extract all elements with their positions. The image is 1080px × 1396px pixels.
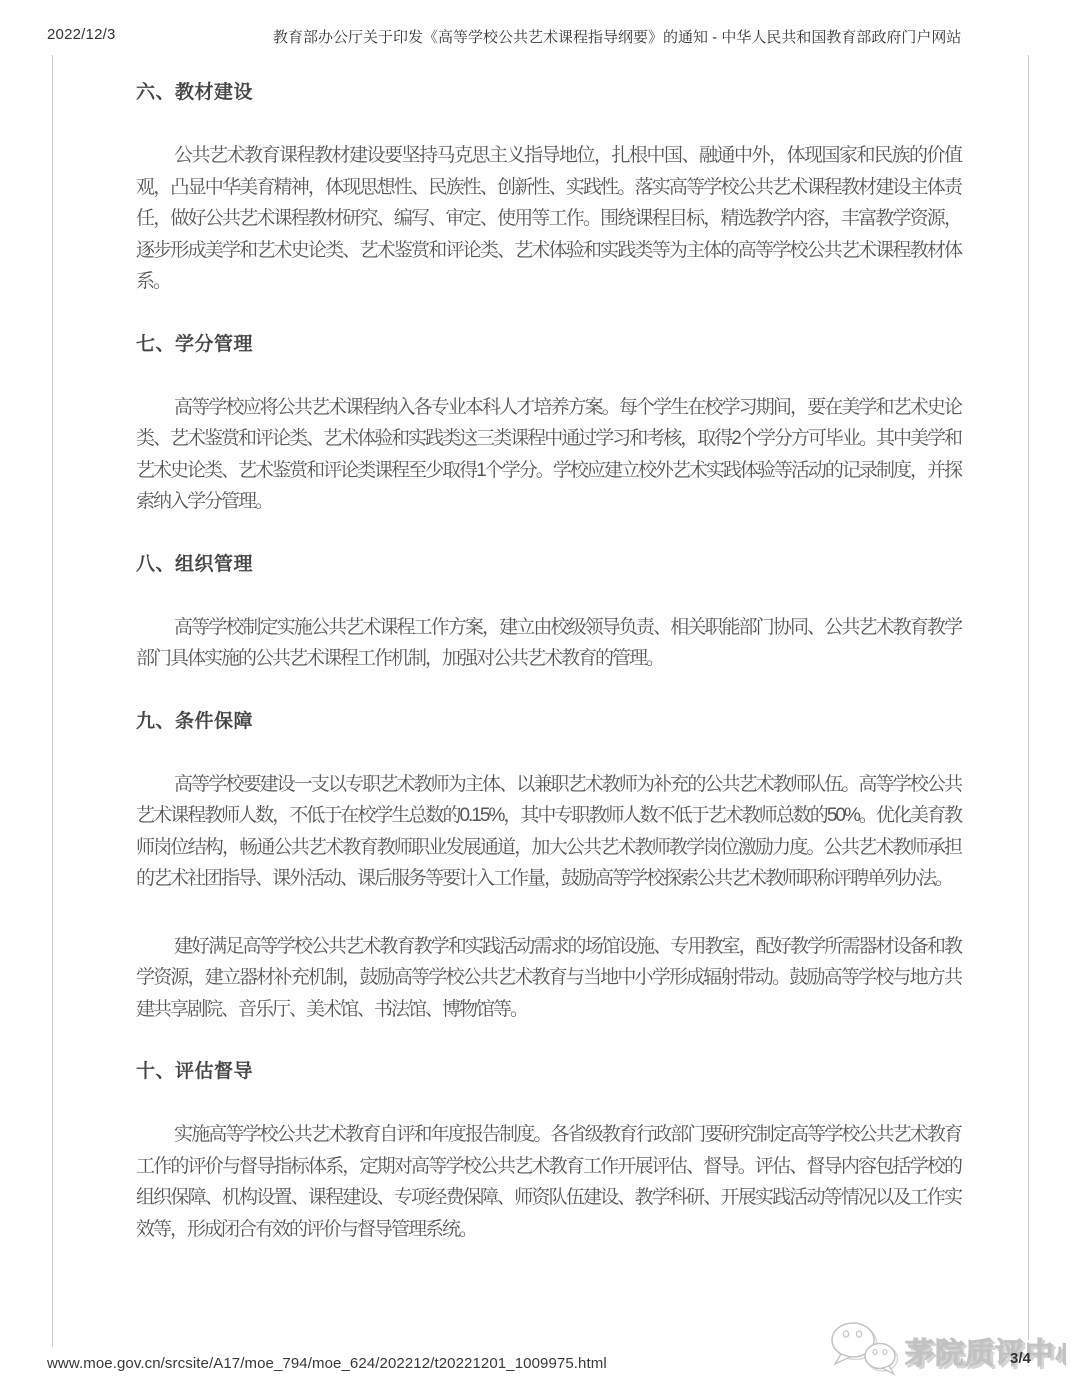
page-number: 3/4 <box>1010 1350 1031 1367</box>
paragraph: 公共艺术教育课程教材建设要坚持马克思主义指导地位，扎根中国、融通中外，体现国家和… <box>136 140 961 298</box>
document-section: 十、评估督导 实施高等学校公共艺术教育自评和年度报告制度。各省级教育行政部门要研… <box>136 1061 961 1245</box>
paragraph: 建好满足高等学校公共艺术教育教学和实践活动需求的场馆设施、专用教室，配好教学所需… <box>136 931 961 1026</box>
header-date: 2022/12/3 <box>47 26 116 43</box>
paragraph: 高等学校要建设一支以专职艺术教师为主体、以兼职艺术教师为补充的公共艺术教师队伍。… <box>136 769 961 895</box>
document-section: 六、教材建设 公共艺术教育课程教材建设要坚持马克思主义指导地位，扎根中国、融通中… <box>136 82 961 298</box>
section-heading: 七、学分管理 <box>136 334 961 356</box>
document-content: 六、教材建设 公共艺术教育课程教材建设要坚持马克思主义指导地位，扎根中国、融通中… <box>136 82 961 1281</box>
section-heading: 九、条件保障 <box>136 711 961 733</box>
document-section: 七、学分管理 高等学校应将公共艺术课程纳入各专业本科人才培养方案。每个学生在校学… <box>136 334 961 518</box>
section-heading: 十、评估督导 <box>136 1061 961 1083</box>
header-title: 教育部办公厅关于印发《高等学校公共艺术课程指导纲要》的通知 - 中华人民共和国教… <box>273 26 961 47</box>
paragraph: 实施高等学校公共艺术教育自评和年度报告制度。各省级教育行政部门要研究制定高等学校… <box>136 1119 961 1245</box>
document-section: 八、组织管理 高等学校制定实施公共艺术课程工作方案，建立由校级领导负责、相关职能… <box>136 554 961 675</box>
section-heading: 六、教材建设 <box>136 82 961 104</box>
footer-url: www.moe.gov.cn/srcsite/A17/moe_794/moe_6… <box>47 1355 607 1372</box>
paragraph: 高等学校制定实施公共艺术课程工作方案，建立由校级领导负责、相关职能部门协同、公共… <box>136 612 961 675</box>
document-section: 九、条件保障 高等学校要建设一支以专职艺术教师为主体、以兼职艺术教师为补充的公共… <box>136 711 961 1026</box>
paragraph: 高等学校应将公共艺术课程纳入各专业本科人才培养方案。每个学生在校学习期间，要在美… <box>136 392 961 518</box>
wechat-icon <box>832 1323 898 1374</box>
watermark-label-group: 茅院质评中心 茅院质评中心 <box>905 1337 1066 1373</box>
section-heading: 八、组织管理 <box>136 554 961 576</box>
watermark-label: 茅院质评中心 <box>905 1337 1066 1370</box>
page-border-right <box>1028 55 1029 1340</box>
page-border-left <box>52 55 53 1347</box>
